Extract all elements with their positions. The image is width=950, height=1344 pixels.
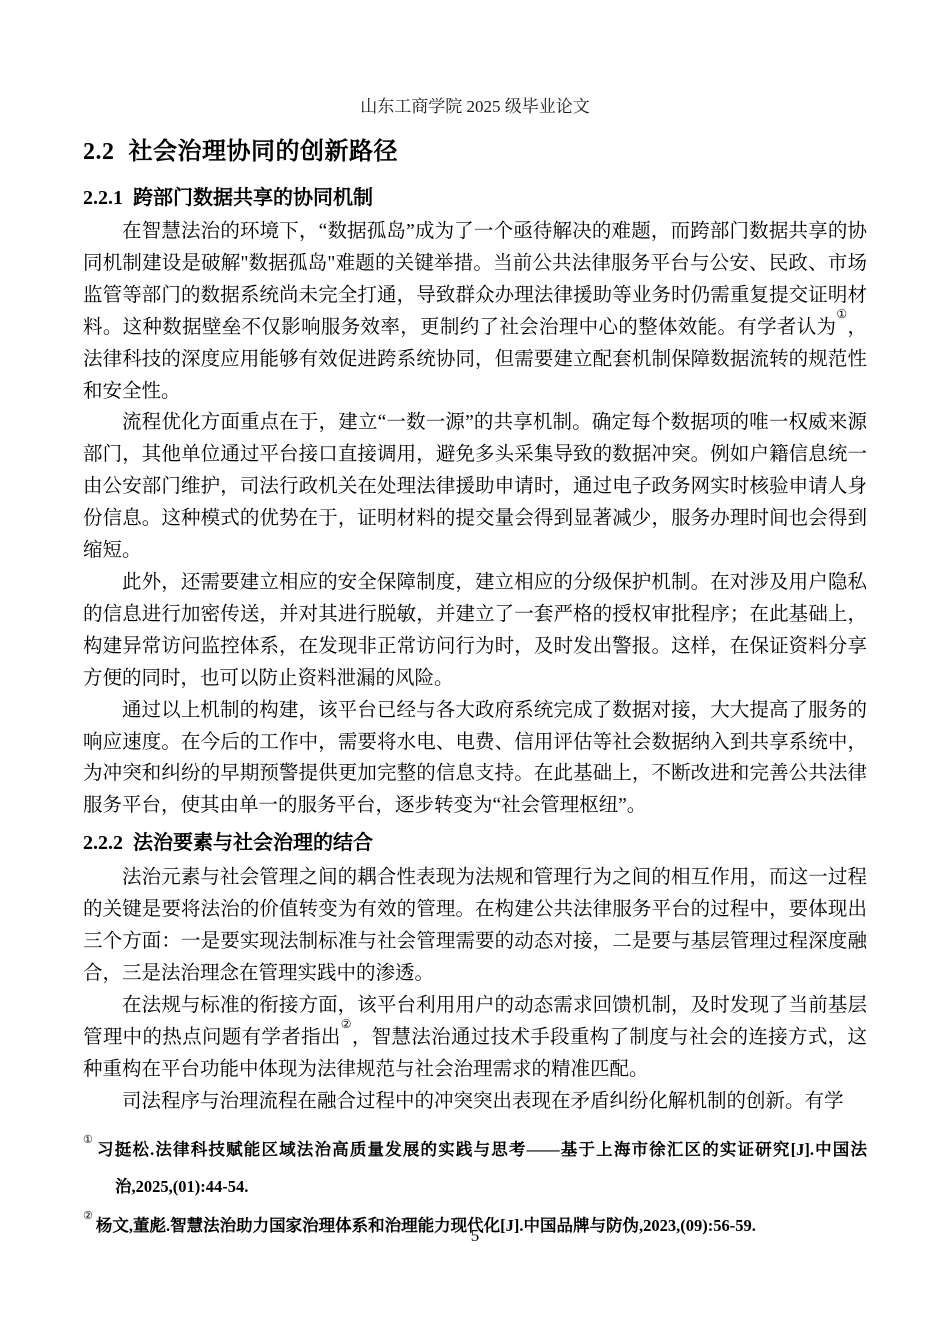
page-header-text: 山东工商学院 2025 级毕业论文 xyxy=(360,97,590,116)
page-header: 山东工商学院 2025 级毕业论文 xyxy=(0,0,950,117)
paragraph-1: 在智慧法治的环境下，“数据孤岛”成为了一个亟待解决的难题，而跨部门数据共享的协同… xyxy=(83,216,867,407)
paragraph-1-text: 在智慧法治的环境下，“数据孤岛”成为了一个亟待解决的难题，而跨部门数据共享的协同… xyxy=(83,221,867,338)
subsection-title: 法治要素与社会治理的结合 xyxy=(133,832,373,854)
subsection-number: 2.2.1 xyxy=(83,187,123,209)
footnote-ref-1: ① xyxy=(836,307,847,321)
paragraph-4: 通过以上机制的构建，该平台已经与各大政府系统完成了数据对接，大大提高了服务的响应… xyxy=(83,695,867,823)
footnote-1-marker: ① xyxy=(83,1134,94,1146)
section-number: 2.2 xyxy=(83,139,115,165)
footnote-1-text: 习挺松.法律科技赋能区域法治高质量发展的实践与思考——基于上海市徐汇区的实证研究… xyxy=(97,1140,867,1196)
thesis-page: 山东工商学院 2025 级毕业论文 2.2社会治理协同的创新路径 2.2.1跨部… xyxy=(0,0,950,1344)
subsection-heading-2-2-1: 2.2.1跨部门数据共享的协同机制 xyxy=(83,184,867,212)
paragraph-7: 司法程序与治理流程在融合过程中的冲突突出表现在矛盾纠纷化解机制的创新。有学 xyxy=(83,1086,867,1118)
subsection-number: 2.2.2 xyxy=(83,832,123,854)
content-area: 2.2社会治理协同的创新路径 2.2.1跨部门数据共享的协同机制 在智慧法治的环… xyxy=(83,137,867,1244)
page-number: 5 xyxy=(0,1226,950,1246)
footnote-ref-2: ② xyxy=(341,1017,352,1031)
paragraph-6: 在法规与标准的衔接方面，该平台利用用户的动态需求回馈机制，及时发现了当前基层管理… xyxy=(83,990,867,1086)
footnote-1: ①习挺松.法律科技赋能区域法治高质量发展的实践与思考——基于上海市徐汇区的实证研… xyxy=(83,1131,867,1205)
paragraph-5: 法治元素与社会管理之间的耦合性表现为法规和管理行为之间的相互作用，而这一过程的关… xyxy=(83,862,867,990)
section-title: 社会治理协同的创新路径 xyxy=(129,139,399,165)
paragraph-2: 流程优化方面重点在于，建立“一数一源”的共享机制。确定每个数据项的唯一权威来源部… xyxy=(83,407,867,567)
section-heading-2-2: 2.2社会治理协同的创新路径 xyxy=(83,137,867,167)
paragraph-3: 此外，还需要建立相应的安全保障制度，建立相应的分级保护机制。在对涉及用户隐私的信… xyxy=(83,567,867,695)
subsection-title: 跨部门数据共享的协同机制 xyxy=(133,187,373,209)
footnote-2-marker: ② xyxy=(83,1210,93,1222)
subsection-heading-2-2-2: 2.2.2法治要素与社会治理的结合 xyxy=(83,828,867,858)
